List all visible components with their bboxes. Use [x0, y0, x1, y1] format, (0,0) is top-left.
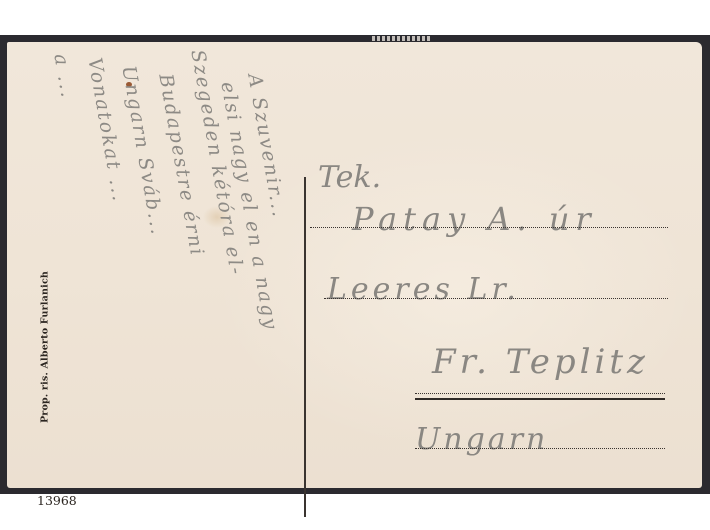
- address-salutation: Tek.: [318, 160, 381, 195]
- address-dotted-line-3: [415, 393, 665, 394]
- address-dotted-line-4: [415, 448, 665, 449]
- address-country: Ungarn: [415, 422, 548, 457]
- message-line: a ...: [49, 52, 79, 101]
- address-recipient: Patay A. úr: [352, 200, 597, 238]
- catalog-number: 13968: [37, 493, 77, 508]
- torn-edge: [372, 36, 432, 41]
- address-dotted-line-1: [310, 227, 668, 228]
- address-dotted-line-2: [324, 298, 668, 299]
- address-line-2: Leeres Lr.: [327, 272, 520, 307]
- postcard-back: Prop. ris. Alberto Furlanich 13968 A Szu…: [7, 42, 702, 488]
- divider-line: [304, 177, 306, 517]
- address-town: Fr. Teplitz: [432, 342, 649, 382]
- publisher-imprint: Prop. ris. Alberto Furlanich: [38, 292, 52, 402]
- address-underline: [415, 398, 665, 400]
